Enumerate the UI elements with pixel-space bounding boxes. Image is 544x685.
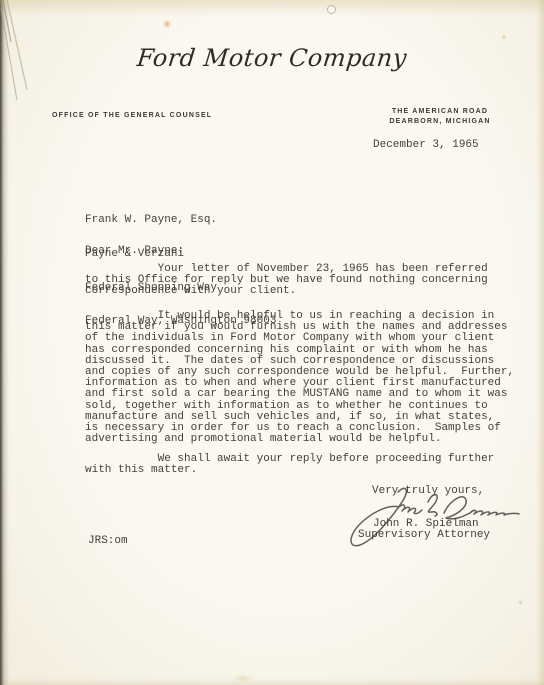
staple-hole-mark bbox=[327, 5, 336, 14]
scanned-letter-page: Ford Motor Company OFFICE OF THE GENERAL… bbox=[0, 0, 544, 685]
body-paragraph-3: We shall await your reply before proceed… bbox=[85, 454, 494, 476]
paper-stain-mark bbox=[232, 674, 254, 682]
paper-stain-mark bbox=[163, 19, 171, 29]
paper-stain-mark bbox=[501, 34, 507, 40]
recipient-name: Frank W. Payne, Esq. bbox=[85, 215, 276, 226]
paper-stain-mark bbox=[518, 600, 523, 605]
ford-motor-company-logo: Ford Motor Company bbox=[0, 44, 544, 72]
signer-title: Supervisory Attorney bbox=[358, 530, 490, 541]
body-paragraph-1: Your letter of November 23, 1965 has bee… bbox=[85, 264, 488, 298]
typist-reference-initials: JRS:om bbox=[88, 536, 128, 547]
company-address-line1: THE AMERICAN ROAD bbox=[388, 107, 492, 117]
body-paragraph-2: It would be helpful to us in reaching a … bbox=[85, 311, 514, 445]
letter-date: December 3, 1965 bbox=[373, 140, 479, 151]
company-address-block: THE AMERICAN ROAD DEARBORN, MICHIGAN bbox=[388, 107, 492, 127]
valediction: Very truly yours, bbox=[372, 486, 484, 497]
office-of-general-counsel-label: OFFICE OF THE GENERAL COUNSEL bbox=[52, 112, 212, 119]
salutation: Dear Mr. Payne: bbox=[85, 246, 184, 257]
company-address-line2: DEARBORN, MICHIGAN bbox=[388, 117, 492, 127]
